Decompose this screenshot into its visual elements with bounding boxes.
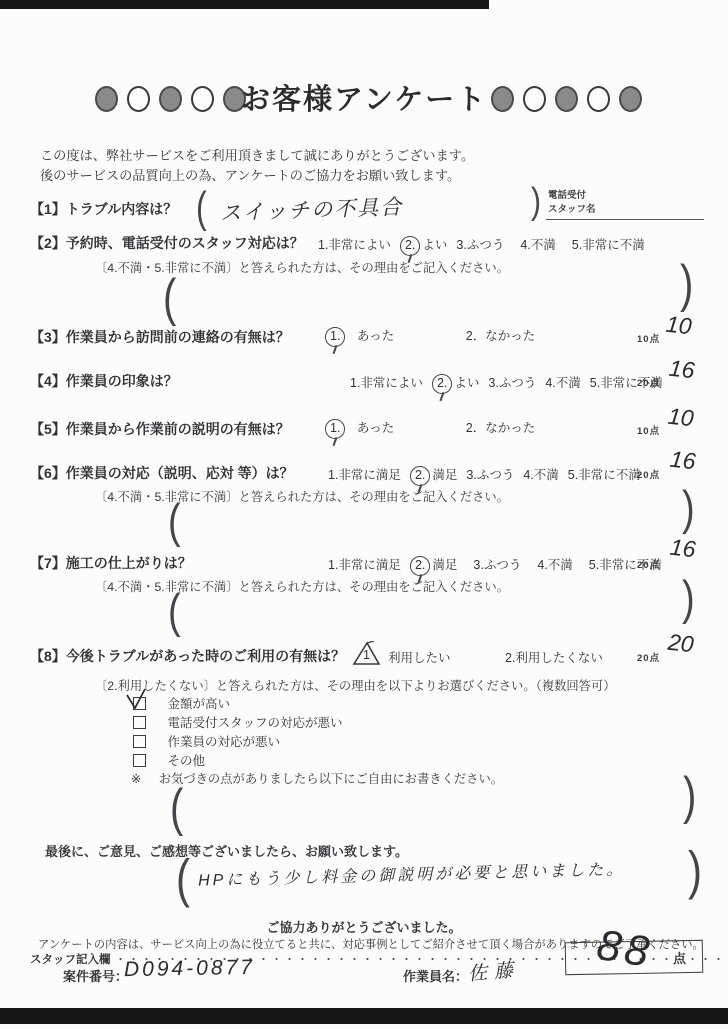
comment-answer-handwriting: HPにもう少し料金の御説明が必要と思いました。 — [198, 856, 626, 890]
q8-circled-answer: 1 — [363, 648, 370, 662]
q7-score-handwriting: 16 — [669, 534, 697, 564]
q6-score-label: 20点 — [637, 467, 660, 481]
q6-option-3: 3.ふつう — [466, 468, 514, 482]
q4-score-label: 20点 — [637, 375, 660, 389]
q5-options: 1. あった 2．なかった — [325, 418, 535, 439]
q5-label: 【5】作業員から作業前の説明の有無は？ — [30, 419, 290, 439]
q3-option-1: あった — [357, 329, 394, 343]
q3-score-label: 10点 — [637, 331, 660, 345]
checkbox-row-price: 金額が高い — [133, 694, 230, 713]
q7-options: 1.非常に満足2.満足3.ふつう4.不満5.非常に不満 — [328, 555, 662, 576]
title-circles-left — [95, 86, 246, 112]
open-circle-icon — [523, 86, 546, 112]
q1-answer-handwriting: スイッチの不具合 — [220, 191, 404, 227]
score-unit-label: 点 — [673, 948, 686, 967]
q3-score-handwriting: 10 — [665, 311, 693, 341]
q3-circled-answer: 1. — [325, 327, 345, 347]
reference-mark: ※ — [131, 772, 141, 786]
open-circle-icon — [191, 86, 214, 112]
checkbox-row-phone-staff: 電話受付スタッフの対応が悪い — [133, 713, 342, 732]
q7-reason-note: 〔4.不満・5.非常に不満〕と答えられた方は、その理由をご記入ください。 — [95, 577, 509, 595]
q3-option-2: 2．なかった — [466, 329, 535, 343]
q6-option-2-suffix: 満足 — [432, 468, 457, 482]
q5-option-1: あった — [357, 421, 394, 435]
filled-circle-icon — [159, 86, 182, 112]
case-number-handwriting: D094-0877 — [124, 956, 255, 982]
staff-entry-label: スタッフ記入欄 — [30, 954, 111, 966]
scan-top-bar — [0, 0, 489, 9]
q2-option-3: 3.ふつう — [456, 238, 504, 252]
q5-option-2: 2．なかった — [466, 421, 535, 435]
checkbox-label: その他 — [167, 754, 205, 768]
q6-option-1: 1.非常に満足 — [328, 468, 401, 482]
q5-score-label: 10点 — [637, 423, 660, 437]
filled-circle-icon — [491, 86, 514, 112]
q2-option-1: 1.非常によい — [318, 238, 391, 252]
comment-open-paren: ( — [176, 853, 190, 906]
q1-open-paren: ( — [196, 185, 207, 228]
filled-circle-icon — [619, 86, 642, 112]
q6-reason-close-paren: ) — [682, 485, 695, 533]
q7-reason-close-paren: ) — [682, 575, 695, 623]
q7-option-4: 4.不満 — [537, 558, 572, 572]
checkbox-icon — [133, 716, 146, 729]
intro-line2: 後のサービスの品質向上の為、アンケートのご協力をお願い致します。 — [40, 166, 474, 186]
handwritten-check-icon — [125, 687, 151, 711]
q6-circled-answer: 2. — [410, 466, 430, 486]
q8-triangle-mark: 1 — [352, 641, 382, 667]
worker-name-handwriting: 佐藤 — [467, 955, 521, 986]
q6-score-handwriting: 16 — [669, 446, 697, 476]
comment-label: 最後に、ご意見、ご感想等ございましたら、お願い致します。 — [45, 841, 408, 860]
q1-label: 【1】トラブル内容は？ — [30, 199, 177, 219]
q6-options: 1.非常に満足2.満足3.ふつう4.不満5.非常に不満 — [328, 465, 641, 486]
q6-option-4: 4.不満 — [523, 468, 558, 482]
q2-reason-open-paren: ( — [163, 272, 176, 324]
q2-label: 【2】予約時、電話受付のスタッフ対応は？ — [30, 233, 304, 253]
total-score-handwriting: 88 — [594, 921, 657, 978]
q7-option-1: 1.非常に満足 — [328, 558, 401, 572]
q7-label: 【7】施工の仕上がりは？ — [30, 553, 192, 573]
case-number-label: 案件番号： — [63, 966, 128, 985]
q8-free-note: ※ お気づきの点がありましたら以下にご自由にお書きください。 — [131, 769, 503, 787]
q2-options: 1.非常によい2.よい3.ふつう4.不満5.非常に不満 — [318, 235, 645, 256]
checkbox-label: 電話受付スタッフの対応が悪い — [167, 716, 342, 730]
checkbox-label: 金額が高い — [167, 697, 230, 711]
open-circle-icon — [127, 86, 150, 112]
questionnaire-scan-page: お客様アンケート この度は、弊社サービスをご利用頂きまして誠にありがとうございま… — [0, 0, 728, 1029]
q7-score-label: 20点 — [637, 557, 660, 571]
page-title: お客様アンケート — [241, 77, 487, 118]
checkbox-label: 作業員の対応が悪い — [167, 735, 280, 749]
q6-reason-note: 〔4.不満・5.非常に不満〕と答えられた方は、その理由をご記入ください。 — [95, 487, 509, 505]
q2-option-5: 5.非常に不満 — [572, 238, 645, 252]
q8-score-handwriting: 20 — [667, 629, 695, 659]
worker-name-label: 作業員名： — [403, 966, 468, 985]
q4-option-3: 3.ふつう — [488, 376, 536, 390]
q4-option-2-suffix: よい — [454, 376, 479, 390]
q3-options: 1. あった 2．なかった — [325, 326, 535, 347]
q5-circled-answer: 1. — [325, 419, 345, 439]
q4-options: 1.非常によい2.よい3.ふつう4.不満5.非常に不満 — [350, 373, 663, 394]
filled-circle-icon — [95, 86, 118, 112]
phone-box-underline — [546, 203, 704, 220]
q2-option-2-suffix: よい — [422, 238, 447, 252]
q8-option-2: 2.利用したくない — [505, 648, 603, 666]
q7-option-3: 3.ふつう — [473, 558, 521, 572]
title-circles-right — [491, 86, 642, 112]
checkbox-icon — [133, 754, 146, 767]
comment-close-paren: ) — [688, 845, 702, 898]
q7-reason-open-paren: ( — [168, 588, 181, 636]
q4-option-1: 1.非常によい — [350, 376, 423, 390]
q8-score-label: 20点 — [637, 650, 660, 664]
open-circle-icon — [587, 86, 610, 112]
q4-label: 【4】作業員の印象は？ — [30, 371, 178, 391]
phone-box-line1: 電話受付 — [548, 189, 586, 203]
q5-score-handwriting: 10 — [667, 403, 695, 433]
checkbox-icon — [133, 735, 146, 748]
intro-text: この度は、弊社サービスをご利用頂きまして誠にありがとうございます。 後のサービス… — [40, 146, 474, 187]
intro-line1: この度は、弊社サービスをご利用頂きまして誠にありがとうございます。 — [40, 146, 474, 166]
q8-free-close-paren: ) — [683, 770, 696, 822]
q4-circled-answer: 2. — [432, 374, 452, 394]
q3-label: 【3】作業員から訪問前の連絡の有無は？ — [30, 327, 290, 347]
checkbox-row-other: その他 — [133, 751, 205, 770]
q6-label: 【6】作業員の対応（説明、応対 等）は？ — [30, 463, 294, 483]
q4-option-4: 4.不満 — [545, 376, 580, 390]
q8-select-note: 〔2.利用したくない〕と答えられた方は、その理由を以下よりお選びください。（複数… — [95, 676, 616, 694]
scan-bottom-bar — [0, 1008, 728, 1024]
phone-box-bracket: ) — [531, 183, 541, 221]
q8-label: 【8】今後トラブルがあった時のご利用の有無は？ — [30, 646, 345, 666]
q4-score-handwriting: 16 — [668, 355, 696, 385]
q2-reason-note: 〔4.不満・5.非常に不満〕と答えられた方は、その理由をご記入ください。 — [95, 258, 509, 276]
q8-free-open-paren: ( — [170, 782, 183, 834]
q8-option-1: 利用したい — [388, 648, 451, 666]
q2-option-4: 4.不満 — [520, 238, 555, 252]
checkbox-row-worker: 作業員の対応が悪い — [133, 732, 280, 751]
filled-circle-icon — [555, 86, 578, 112]
q2-circled-answer: 2. — [400, 236, 420, 256]
q6-reason-open-paren: ( — [168, 498, 181, 546]
q2-reason-close-paren: ) — [680, 258, 693, 310]
q7-option-2-suffix: 満足 — [432, 558, 457, 572]
q6-option-5: 5.非常に不満 — [568, 468, 641, 482]
q8-free-note-text: お気づきの点がありましたら以下にご自由にお書きください。 — [159, 772, 503, 786]
q7-circled-answer: 2. — [410, 556, 430, 576]
